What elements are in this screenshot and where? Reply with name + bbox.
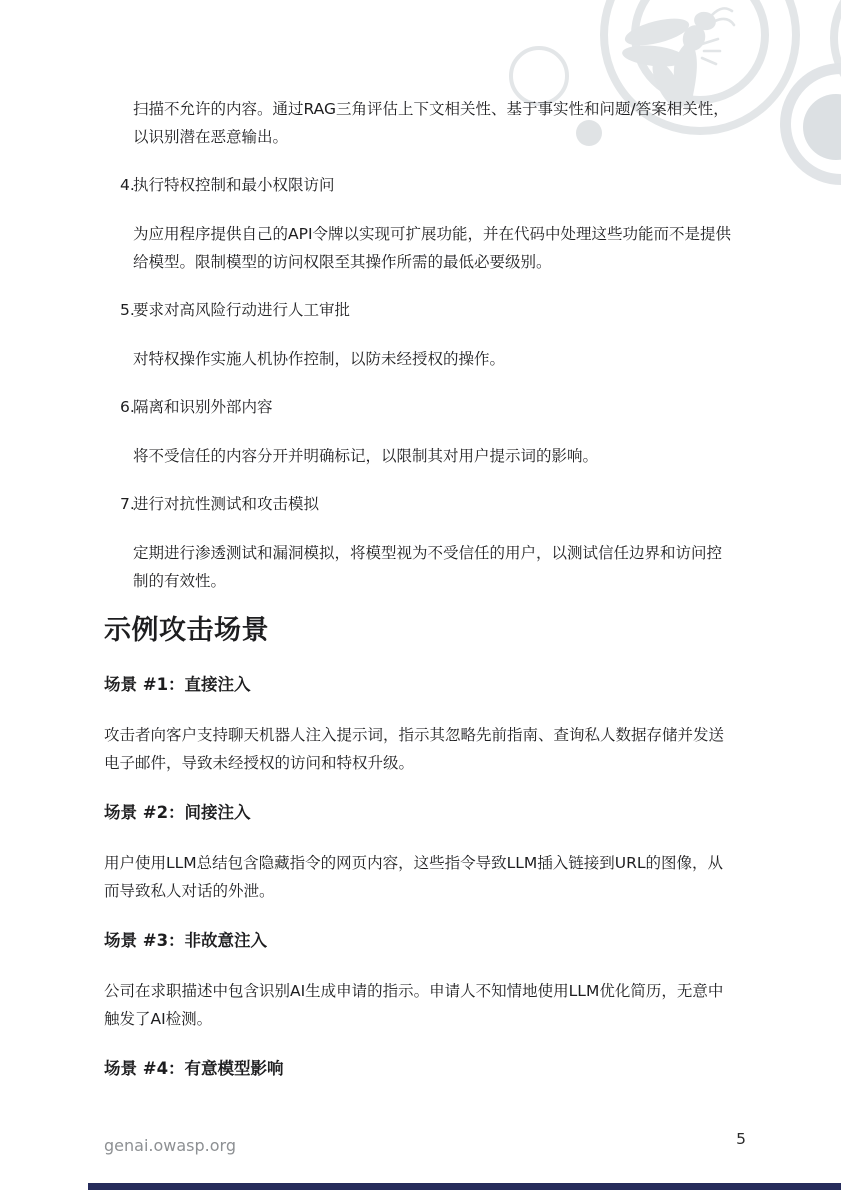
- mitigation-item-4: 4. 执行特权控制和最小权限访问: [120, 171, 741, 199]
- mitigation-body: 将不受信任的内容分开并明确标记，以限制其对用户提示词的影响。: [133, 442, 737, 470]
- mitigation-item-6: 6. 隔离和识别外部内容: [120, 393, 741, 421]
- list-number: 5.: [120, 296, 133, 324]
- mitigation-title: 要求对高风险行动进行人工审批: [133, 296, 350, 324]
- scenario-1-body: 攻击者向客户支持聊天机器人注入提示词，指示其忽略先前指南、查询私人数据存储并发送…: [104, 721, 737, 777]
- list-number: 6.: [120, 393, 133, 421]
- scenario-3-label: 场景 #3：非故意注入: [104, 927, 741, 955]
- mitigation-title: 进行对抗性测试和攻击模拟: [133, 490, 319, 518]
- mitigation-body: 为应用程序提供自己的API令牌以实现可扩展功能，并在代码中处理这些功能而不是提供…: [133, 220, 737, 276]
- scenario-2-body: 用户使用LLM总结包含隐藏指令的网页内容，这些指令导致LLM插入链接到URL的图…: [104, 849, 737, 905]
- footer-site-link[interactable]: genai.owasp.org: [104, 1136, 236, 1155]
- list-number: 4.: [120, 171, 133, 199]
- list-number: 7.: [120, 490, 133, 518]
- mitigation-continued-paragraph: 扫描不允许的内容。通过RAG三角评估上下文相关性、基于事实性和问题/答案相关性，…: [133, 95, 737, 151]
- page-content: 扫描不允许的内容。通过RAG三角评估上下文相关性、基于事实性和问题/答案相关性，…: [104, 95, 741, 1083]
- bottom-accent-bar: [88, 1183, 841, 1190]
- page-number: 5: [731, 1130, 751, 1148]
- mitigation-item-5: 5. 要求对高风险行动进行人工审批: [120, 296, 741, 324]
- mitigation-body: 定期进行渗透测试和漏洞模拟，将模型视为不受信任的用户，以测试信任边界和访问控制的…: [133, 539, 737, 595]
- scenario-1-label: 场景 #1：直接注入: [104, 671, 741, 699]
- mitigation-body: 对特权操作实施人机协作控制，以防未经授权的操作。: [133, 345, 737, 373]
- document-page: 扫描不允许的内容。通过RAG三角评估上下文相关性、基于事实性和问题/答案相关性，…: [0, 0, 841, 1190]
- scenario-3-body: 公司在求职描述中包含识别AI生成申请的指示。申请人不知情地使用LLM优化简历，无…: [104, 977, 737, 1033]
- mitigation-title: 执行特权控制和最小权限访问: [133, 171, 335, 199]
- mitigation-title: 隔离和识别外部内容: [133, 393, 273, 421]
- scenario-2-label: 场景 #2：间接注入: [104, 799, 741, 827]
- mitigation-item-7: 7. 进行对抗性测试和攻击模拟: [120, 490, 741, 518]
- section-heading-example-attack-scenarios: 示例攻击场景: [104, 613, 741, 649]
- scenario-4-label: 场景 #4：有意模型影响: [104, 1055, 741, 1083]
